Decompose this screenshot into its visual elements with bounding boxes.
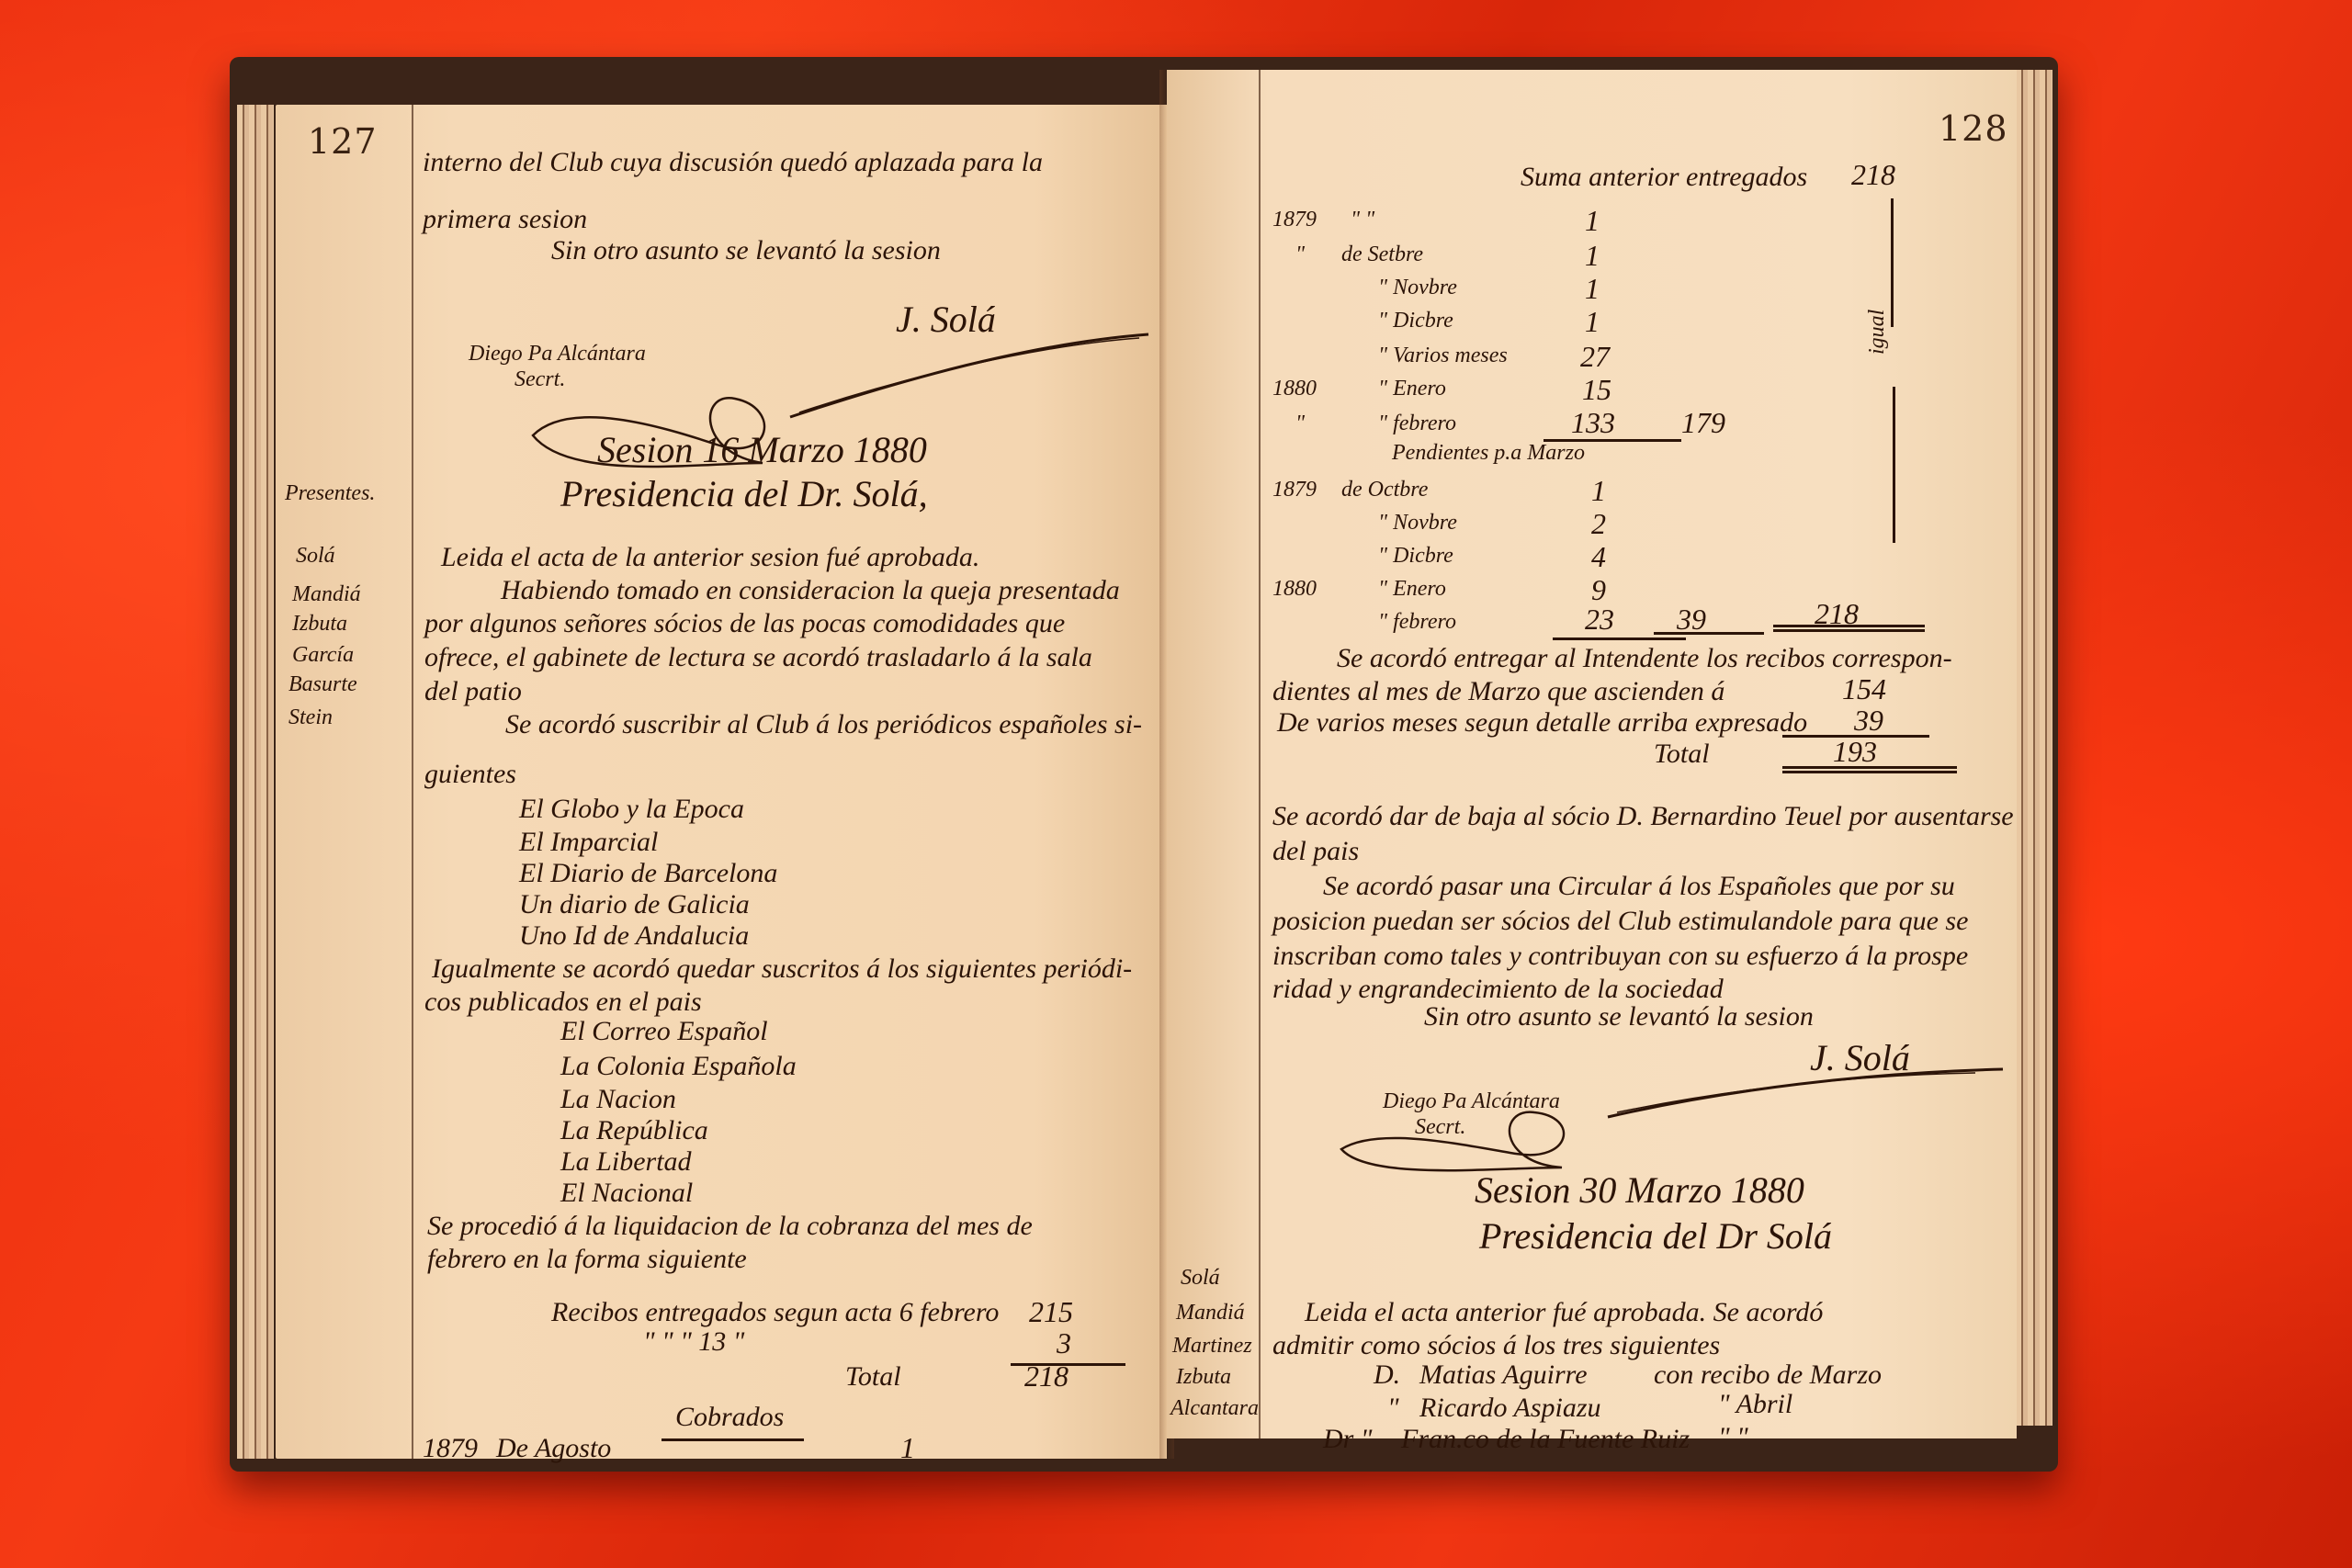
row-month: " Enero xyxy=(1378,377,1446,401)
admission-line: admitir como sócios á los tres siguiente… xyxy=(1272,1330,1720,1361)
row-month: " Varios meses xyxy=(1378,344,1508,368)
newspaper-item: La Colonia Española xyxy=(560,1051,797,1082)
circular-line: Se acordó pasar una Circular á los Españ… xyxy=(1323,871,1955,902)
row-value: 1 xyxy=(1585,305,1600,339)
row-month: " " xyxy=(1351,208,1374,232)
member-prefix: Dr " xyxy=(1323,1424,1372,1455)
newspaper-item: El Diario de Barcelona xyxy=(519,858,777,889)
row-month: " febrero xyxy=(1378,610,1456,635)
newspaper-item: El Correo Español xyxy=(560,1016,768,1047)
attendee: Mandiá xyxy=(292,582,361,607)
attendee: Stein xyxy=(288,705,333,730)
continuation-line: primera sesion xyxy=(423,204,587,235)
margin-rule xyxy=(412,105,413,1459)
secretary-title: Secrt. xyxy=(514,367,565,392)
row-subtotal: 179 xyxy=(1681,406,1725,440)
newspaper-item: La Nacion xyxy=(560,1084,676,1115)
row-month: " Novbre xyxy=(1378,511,1457,536)
body-line: por algunos señores sócios de las pocas … xyxy=(424,608,1065,639)
entrega-line: dientes al mes de Marzo que ascienden á xyxy=(1272,676,1724,707)
attendee: Mandiá xyxy=(1176,1301,1245,1325)
row-year: 1880 xyxy=(1272,577,1317,602)
carry-over-label: Suma anterior entregados xyxy=(1521,162,1807,193)
newspaper-item: El Globo y la Epoca xyxy=(519,794,744,825)
baja-line: Se acordó dar de baja al sócio D. Bernar… xyxy=(1272,801,2014,832)
body-line: ofrece, el gabinete de lectura se acordó… xyxy=(424,642,1092,673)
row-month: " Novbre xyxy=(1378,276,1457,300)
attendee: García xyxy=(292,643,354,668)
entrega-line: Total xyxy=(1654,739,1710,770)
cobrados-heading: Cobrados xyxy=(675,1402,784,1433)
newspaper-item: La República xyxy=(560,1115,708,1146)
attendee: Izbuta xyxy=(1176,1365,1231,1390)
row-year: 1879 xyxy=(1272,208,1317,232)
entrega-line: De varios meses segun detalle arriba exp… xyxy=(1277,707,1807,739)
row-month: " Enero xyxy=(1378,577,1446,602)
sum-rule xyxy=(1553,637,1686,640)
igual-label: igual xyxy=(1865,310,1890,355)
newspaper-item: Uno Id de Andalucia xyxy=(519,920,749,952)
secretary-name: Diego Pa Alcántara xyxy=(469,342,646,367)
member-note: con recibo de Marzo xyxy=(1654,1359,1882,1391)
page-number: 127 xyxy=(308,121,378,162)
left-page-edges xyxy=(237,105,274,1459)
row-value: 1 xyxy=(1585,272,1600,306)
receipt-value: 215 xyxy=(1029,1295,1073,1329)
bracket-line xyxy=(1891,198,1894,327)
row-year: " xyxy=(1295,412,1305,436)
secretary-title: Secrt. xyxy=(1415,1115,1465,1140)
entrega-value: 154 xyxy=(1842,672,1886,706)
row-month: " Dicbre xyxy=(1378,309,1453,333)
row-year: 1879 xyxy=(1272,478,1317,502)
attendee: Alcantara xyxy=(1170,1396,1259,1421)
admission-line: Leida el acta anterior fué aprobada. Se … xyxy=(1305,1297,1823,1328)
row-month: de Octbre xyxy=(1341,478,1428,502)
row-month: de Setbre xyxy=(1341,243,1423,267)
entrega-value: 193 xyxy=(1833,735,1877,769)
double-rule xyxy=(1773,625,1925,632)
row-value: 1 xyxy=(1585,204,1600,238)
member-name: Ricardo Aspiazu xyxy=(1419,1393,1601,1424)
left-page: 127 interno del Club cuya discusión qued… xyxy=(276,105,1167,1459)
session-heading: Sesion 30 Marzo 1880 xyxy=(1475,1168,1804,1212)
body-line: cos publicados en el pais xyxy=(424,987,702,1018)
circular-line: inscriban como tales y contribuyan con s… xyxy=(1272,941,1968,972)
session-heading: Sesion 16 Marzo 1880 xyxy=(597,428,927,471)
cobrados-value: 1 xyxy=(900,1431,915,1465)
pendientes-label: Pendientes p.a Marzo xyxy=(1392,441,1585,466)
page-number: 128 xyxy=(1939,108,2008,149)
right-page-edges xyxy=(2016,70,2052,1426)
body-line: Se acordó suscribir al Club á los periód… xyxy=(505,709,1142,740)
newspaper-item: El Nacional xyxy=(560,1178,693,1209)
newspaper-item: El Imparcial xyxy=(519,827,658,858)
heading-underline xyxy=(661,1438,804,1441)
row-year: 1880 xyxy=(1272,377,1317,401)
closing-line: Sin otro asunto se levantó la sesion xyxy=(551,235,941,266)
receipt-label: " " " 13 " xyxy=(643,1326,744,1358)
sum-rule xyxy=(1654,632,1764,635)
member-note: " " xyxy=(1718,1422,1748,1453)
body-line: guientes xyxy=(424,759,516,790)
member-note: " Abril xyxy=(1718,1389,1792,1420)
right-page: 128 Suma anterior entregados 218 1879 " … xyxy=(1167,70,2017,1438)
attendee: Solá xyxy=(296,544,335,569)
continuation-line: interno del Club cuya discusión quedó ap… xyxy=(423,147,1043,178)
receipt-label: Recibos entregados segun acta 6 febrero xyxy=(551,1297,999,1328)
receipt-label: Total xyxy=(845,1361,901,1393)
circular-line: posicion puedan ser sócios del Club esti… xyxy=(1272,906,1968,937)
receipt-value: 218 xyxy=(1024,1359,1069,1393)
attendee: Solá xyxy=(1181,1266,1220,1291)
body-line: febrero en la forma siguiente xyxy=(427,1244,747,1275)
double-rule xyxy=(1782,766,1957,773)
attendee: Basurte xyxy=(288,672,357,697)
entrega-value: 39 xyxy=(1854,704,1883,738)
row-value: 27 xyxy=(1580,340,1610,374)
row-value: 133 xyxy=(1571,406,1615,440)
secretary-name: Diego Pa Alcántara xyxy=(1383,1089,1560,1114)
row-value: 4 xyxy=(1591,540,1606,574)
body-line: Leida el acta de la anterior sesion fué … xyxy=(441,542,979,573)
row-value: 15 xyxy=(1582,373,1611,407)
body-line: Habiendo tomado en consideracion la quej… xyxy=(501,575,1120,606)
receipt-value: 3 xyxy=(1057,1326,1071,1360)
row-year: " xyxy=(1295,243,1305,267)
margin-rule xyxy=(1259,70,1261,1438)
newspaper-item: La Libertad xyxy=(560,1146,692,1178)
entrega-line: Se acordó entregar al Intendente los rec… xyxy=(1337,643,1952,674)
attendee: Martinez xyxy=(1172,1334,1252,1359)
circular-line: ridad y engrandecimiento de la sociedad xyxy=(1272,974,1724,1005)
member-prefix: D. xyxy=(1374,1359,1400,1391)
row-value: 1 xyxy=(1585,239,1600,273)
body-line: Se procedió á la liquidacion de la cobra… xyxy=(427,1211,1033,1242)
carry-over-value: 218 xyxy=(1851,158,1895,192)
row-month: " Dicbre xyxy=(1378,544,1453,569)
member-prefix: " xyxy=(1387,1393,1399,1424)
row-month: " febrero xyxy=(1378,412,1456,436)
presidency-heading: Presidencia del Dr Solá xyxy=(1479,1214,1832,1258)
cobrados-month: De Agosto xyxy=(496,1433,611,1464)
newspaper-item: Un diario de Galicia xyxy=(519,889,750,920)
row-value: 2 xyxy=(1591,507,1606,541)
member-name: Fran.co de la Fuente Ruiz xyxy=(1401,1424,1690,1455)
member-name: Matias Aguirre xyxy=(1419,1359,1588,1391)
ledger-book: 127 interno del Club cuya discusión qued… xyxy=(230,57,2058,1472)
row-value: 23 xyxy=(1585,603,1614,637)
bracket-line xyxy=(1893,387,1895,543)
baja-line: del pais xyxy=(1272,836,1359,867)
cobrados-year: 1879 xyxy=(423,1433,478,1464)
body-line: Igualmente se acordó quedar suscritos á … xyxy=(432,953,1132,985)
body-line: del patio xyxy=(424,676,522,707)
presidency-heading: Presidencia del Dr. Solá, xyxy=(560,472,928,515)
attendee: Izbuta xyxy=(292,612,347,637)
row-value: 1 xyxy=(1591,474,1606,508)
presentes-label: Presentes. xyxy=(285,481,375,506)
closing-line: Sin otro asunto se levantó la sesion xyxy=(1424,1001,1814,1032)
